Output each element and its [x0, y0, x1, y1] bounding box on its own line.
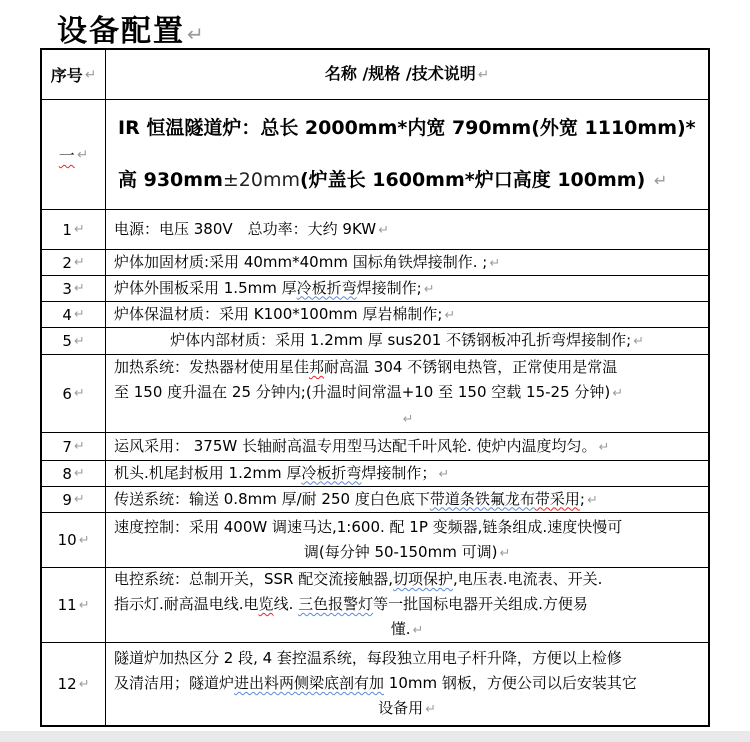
row-number-cell: 10↵: [42, 513, 106, 567]
paragraph-mark-icon: ↵: [422, 282, 435, 297]
row-number-cell: 2↵: [42, 250, 106, 275]
row-number: 12: [58, 675, 77, 693]
table-header-row: 序号↵ 名称 /规格 /技术说明↵: [42, 50, 708, 100]
row-number-cell: 4↵: [42, 302, 106, 327]
paragraph-mark-icon: ↵: [652, 171, 668, 190]
paragraph-mark-icon: ↵: [83, 67, 96, 83]
row-text-segment: ±20mm: [223, 169, 300, 191]
row-content-cell: IR 恒温隧道炉：总长 2000mm*内宽 790mm(外宽 1110mm)*高…: [106, 100, 708, 209]
table-row: 11↵ 电控系统：总制开关，SSR 配交流接触器,切项保护,电压表.电流表、开关…: [42, 568, 708, 643]
page-title: 设备配置↵: [57, 6, 204, 50]
row-content-cell: 加热系统：发热器材使用星佳邦耐高温 304 不锈钢电热管，正常使用是常温至 15…: [106, 355, 708, 432]
row-content-cell: 炉体外围板采用 1.5mm 厚冷板折弯焊接制作;↵: [106, 276, 708, 301]
row-number-cell: 7↵: [42, 433, 106, 460]
table-row: 一↵ IR 恒温隧道炉：总长 2000mm*内宽 790mm(外宽 1110mm…: [42, 100, 708, 210]
row-number: 10: [58, 531, 77, 549]
row-number: 5: [62, 332, 72, 350]
row-text-segment: 炉体内部材质：采用 1.2mm 厚 sus201 不锈钢板冲孔折弯焊接制作;: [170, 331, 631, 349]
row-text-segment: 带采用: [535, 490, 580, 508]
table-body: 一↵ IR 恒温隧道炉：总长 2000mm*内宽 790mm(外宽 1110mm…: [42, 100, 708, 725]
paragraph-mark-icon: ↵: [476, 67, 489, 83]
row-text-segment: 及清洁用；隧道炉: [114, 674, 234, 692]
row-number: 4: [62, 306, 72, 324]
row-text-segment: 设备用: [378, 699, 423, 717]
row-content-cell: 传送系统：输送 0.8mm 厚/耐 250 度白色底下带道条铁氟龙布带采用;↵: [106, 487, 708, 512]
paragraph-mark-icon: ↵: [72, 222, 85, 237]
row-number: 7: [62, 438, 72, 456]
paragraph-mark-icon: ↵: [401, 412, 414, 427]
paragraph-mark-icon: ↵: [436, 467, 449, 482]
paragraph-mark-icon: ↵: [72, 307, 85, 322]
row-text-segment: (炉盖长 1600mm*炉口高度 100mm): [300, 169, 652, 191]
row-text-segment: 焊接制作；: [361, 464, 436, 482]
row-text-segment: 调(每分钟 50-150mm 可调): [304, 543, 498, 561]
row-content-cell: 炉体内部材质：采用 1.2mm 厚 sus201 不锈钢板冲孔折弯焊接制作;↵: [106, 328, 708, 354]
row-text-segment: 带道条铁氟龙布: [430, 490, 535, 508]
paragraph-mark-icon: ↵: [72, 466, 85, 481]
paragraph-mark-icon: ↵: [72, 439, 85, 454]
row-text-segment: 运风采用： 375W 长轴耐高温专用型马达配千叶风轮. 使炉内温度均匀。: [114, 437, 597, 455]
row-number: 1: [62, 221, 72, 239]
paragraph-mark-icon: ↵: [72, 255, 85, 270]
row-text-segment: 线.: [274, 595, 299, 613]
page-title-text: 设备配置: [57, 14, 185, 49]
row-number: 3: [62, 280, 72, 298]
paragraph-mark-icon: ↵: [185, 22, 204, 46]
table-row: 9↵ 传送系统：输送 0.8mm 厚/耐 250 度白色底下带道条铁氟龙布带采用…: [42, 487, 708, 513]
table-row: 6↵ 加热系统：发热器材使用星佳邦耐高温 304 不锈钢电热管，正常使用是常温至…: [42, 355, 708, 433]
paragraph-mark-icon: ↵: [72, 492, 85, 507]
paragraph-mark-icon: ↵: [442, 308, 455, 323]
header-seq-cell: 序号↵: [42, 50, 106, 99]
paragraph-mark-icon: ↵: [597, 440, 610, 455]
header-desc-cell: 名称 /规格 /技术说明↵: [106, 50, 708, 99]
row-text-segment: 耐高温 304 不锈钢电热管，正常使用是常温: [324, 358, 617, 376]
paragraph-mark-icon: ↵: [77, 677, 90, 692]
paragraph-mark-icon: ↵: [72, 386, 85, 401]
row-text-segment: ,电压表.电流表、开关.: [453, 570, 602, 588]
paragraph-mark-icon: ↵: [610, 386, 623, 401]
bottom-scrollbar-track: [0, 731, 750, 742]
row-number-cell: 1↵: [42, 210, 106, 249]
row-number-cell: 9↵: [42, 487, 106, 512]
row-content-cell: 隧道炉加热区分 2 段, 4 套控温系统，每段独立用电子杆升降，方便以上检修及清…: [106, 643, 708, 725]
paragraph-mark-icon: ↵: [72, 334, 85, 349]
table-row: 1↵ 电源：电压 380V 总功率：大约 9KW↵: [42, 210, 708, 250]
row-number-cell: 6↵: [42, 355, 106, 432]
paragraph-mark-icon: ↵: [376, 223, 389, 238]
row-text-segment: 炉体加固材质:采用 40mm*40mm 国标角铁焊接制作. ;: [114, 253, 487, 271]
paragraph-mark-icon: ↵: [497, 546, 510, 561]
row-text-segment: 至 150 度升温在 25 分钟内;(升温时间常温+10 至 150 空载 15…: [114, 383, 610, 401]
row-text-segment: 传送系统：输送 0.8mm 厚/耐 250 度白色底下: [114, 490, 430, 508]
row-text-segment: 等一批国标电器开关组成.方便易: [373, 595, 588, 613]
row-text-segment: 邦: [309, 358, 324, 376]
row-content-cell: 电源：电压 380V 总功率：大约 9KW↵: [106, 210, 708, 249]
row-number-cell: 3↵: [42, 276, 106, 301]
table-row: 2↵ 炉体加固材质:采用 40mm*40mm 国标角铁焊接制作. ;↵: [42, 250, 708, 276]
table-row: 4↵ 炉体保温材质：采用 K100*100mm 厚岩棉制作;↵: [42, 302, 708, 328]
row-content-cell: 炉体加固材质:采用 40mm*40mm 国标角铁焊接制作. ;↵: [106, 250, 708, 275]
paragraph-mark-icon: ↵: [72, 281, 85, 296]
row-text-segment: 指示灯.耐高温电线.电: [114, 595, 259, 613]
row-text-segment: 高 930mm: [118, 169, 223, 191]
equipment-table: 序号↵ 名称 /规格 /技术说明↵ 一↵ IR 恒温隧道炉：总长 2000mm*…: [40, 48, 710, 727]
row-number: 9: [62, 491, 72, 509]
row-text-segment: 隧道炉加热区分 2 段, 4 套控温系统，每段独立用电子杆升降，方便以上检修: [114, 649, 622, 667]
row-content-cell: 运风采用： 375W 长轴耐高温专用型马达配千叶风轮. 使炉内温度均匀。↵: [106, 433, 708, 460]
row-text-segment: 速度控制：采用 400W 调速马达,1:600. 配 1P 变频器,链条组成.速…: [114, 518, 622, 536]
row-text-segment: 炉体外围板采用 1.5mm 厚: [114, 279, 297, 297]
row-text-segment: 冷板折弯: [297, 279, 357, 297]
paragraph-mark-icon: ↵: [585, 493, 598, 508]
row-text-segment: 电控系统：总制开关，SSR 配交流接触器,: [114, 570, 393, 588]
row-text-segment: 炉体保温材质：采用 K100*100mm 厚岩棉制作;: [114, 305, 442, 323]
row-content-cell: 电控系统：总制开关，SSR 配交流接触器,切项保护,电压表.电流表、开关.指示灯…: [106, 568, 708, 642]
row-text-segment: 切项保护: [393, 570, 453, 588]
row-number: 8: [62, 465, 72, 483]
row-text-segment: 三色报警灯: [298, 595, 373, 613]
table-row: 7↵ 运风采用： 375W 长轴耐高温专用型马达配千叶风轮. 使炉内温度均匀。↵: [42, 433, 708, 461]
header-seq-label: 序号: [51, 63, 83, 86]
row-number: 一: [59, 143, 75, 166]
row-number: 6: [62, 385, 72, 403]
table-row: 5↵ 炉体内部材质：采用 1.2mm 厚 sus201 不锈钢板冲孔折弯焊接制作…: [42, 328, 708, 355]
paragraph-mark-icon: ↵: [411, 623, 424, 638]
row-text-segment: 机头.机尾封板用 1.2mm 厚: [114, 464, 301, 482]
row-number-cell: 12↵: [42, 643, 106, 725]
row-text-segment: 览: [259, 595, 274, 613]
row-text-segment: 电源：电压 380V 总功率：大约 9KW: [114, 220, 376, 238]
row-content-cell: 炉体保温材质：采用 K100*100mm 厚岩棉制作;↵: [106, 302, 708, 327]
paragraph-mark-icon: ↵: [631, 334, 644, 349]
row-number-cell: 一↵: [42, 100, 106, 209]
row-text-segment: 懂.: [391, 620, 411, 638]
paragraph-mark-icon: ↵: [77, 598, 90, 613]
paragraph-mark-icon: ↵: [77, 533, 90, 548]
row-number-cell: 11↵: [42, 568, 106, 642]
header-desc-label: 名称 /规格 /技术说明: [325, 64, 476, 83]
row-text-segment: 加热系统：发热器材使用星佳: [114, 358, 309, 376]
row-text-segment: 冷板折弯: [301, 464, 361, 482]
paragraph-mark-icon: ↵: [75, 147, 88, 163]
row-content-cell: 机头.机尾封板用 1.2mm 厚冷板折弯焊接制作；↵: [106, 461, 708, 486]
row-text-segment: 焊接制作;: [357, 279, 422, 297]
table-row: 12↵ 隧道炉加热区分 2 段, 4 套控温系统，每段独立用电子杆升降，方便以上…: [42, 643, 708, 725]
row-text-segment: 10mm 钢板，方便公司以后安装其它: [384, 674, 637, 692]
paragraph-mark-icon: ↵: [423, 702, 436, 717]
row-number: 11: [58, 596, 77, 614]
table-row: 3↵ 炉体外围板采用 1.5mm 厚冷板折弯焊接制作;↵: [42, 276, 708, 302]
row-number-cell: 5↵: [42, 328, 106, 354]
row-number: 2: [62, 254, 72, 272]
table-row: 10↵ 速度控制：采用 400W 调速马达,1:600. 配 1P 变频器,链条…: [42, 513, 708, 568]
table-row: 8↵ 机头.机尾封板用 1.2mm 厚冷板折弯焊接制作；↵: [42, 461, 708, 487]
row-content-cell: 速度控制：采用 400W 调速马达,1:600. 配 1P 变频器,链条组成.速…: [106, 513, 708, 567]
paragraph-mark-icon: ↵: [487, 256, 500, 271]
row-text-segment: IR 恒温隧道炉：总长 2000mm*内宽 790mm(外宽 1110mm)*: [118, 117, 696, 139]
row-number-cell: 8↵: [42, 461, 106, 486]
row-text-segment: 进出料两侧梁底剖有加: [234, 674, 384, 692]
